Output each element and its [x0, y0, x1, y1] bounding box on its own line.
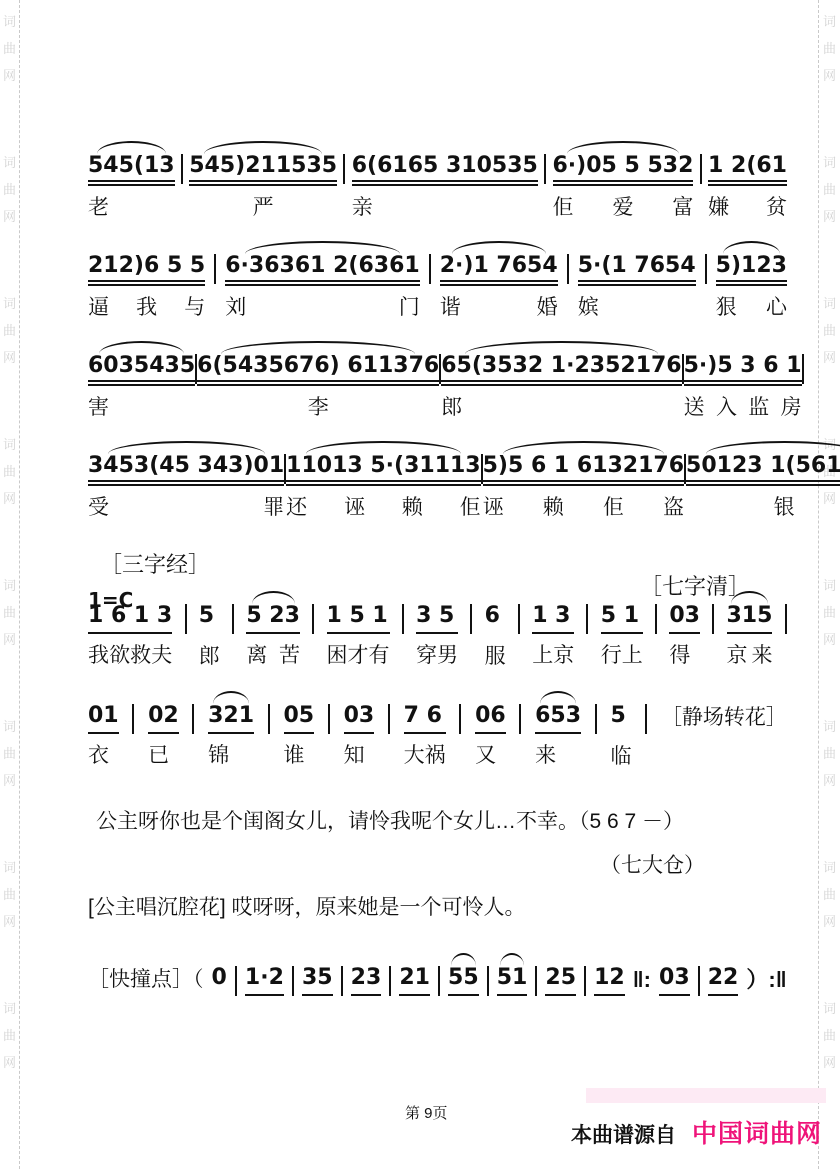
measure: 55: [448, 965, 479, 996]
watermark-char: 词: [819, 149, 840, 176]
watermark-text: 词曲网: [819, 8, 840, 89]
watermark-char: 网: [819, 62, 840, 89]
score-line-2: 212)6 5 5逼我与6·36361 2(6361刘门2·)1 7654谐婚5…: [88, 238, 787, 321]
watermark-char: 曲: [0, 740, 19, 767]
measure-notes: 3453(45 343)01: [88, 453, 284, 486]
barline: [712, 604, 714, 634]
lyric-char: 害: [88, 395, 109, 421]
lyric-char: 房: [781, 395, 802, 421]
measure-notes: 5·)5 3 6 1: [684, 353, 802, 386]
lead-label-kuaizhuangdian: ［快撞点］（: [88, 965, 204, 995]
measure: 03知: [344, 703, 375, 769]
measure: 03得: [669, 603, 700, 669]
measure-lyric: 京来: [727, 643, 773, 669]
measure-notes: 05: [284, 703, 315, 734]
barline: [438, 966, 440, 996]
barline: [595, 704, 597, 734]
measure: 05谁: [284, 703, 315, 769]
measure: 545)211535严: [189, 153, 337, 221]
measure-notes: 12: [594, 965, 625, 996]
watermark-char: 网: [819, 344, 840, 371]
measure-notes: 0: [212, 965, 227, 997]
measure-notes: 321: [208, 703, 254, 734]
measure-lyric: 郎: [199, 644, 220, 670]
lyric-char: 严: [253, 195, 274, 221]
measure-lyric: 郎: [441, 395, 681, 421]
watermark-text: 词曲网: [819, 149, 840, 230]
source-attribution: 本曲谱源自 中国词曲网: [571, 1114, 822, 1150]
measure-notes: 5: [199, 603, 220, 635]
measure-notes: 2·)1 7654: [440, 253, 558, 286]
page-number: 第 9页: [405, 1102, 448, 1123]
measure: 1·2: [245, 965, 284, 996]
measure-lyric: 大祸: [404, 743, 446, 769]
measure: 3453(45 343)01受罪: [88, 453, 284, 521]
repeat-barline: ‖:: [633, 965, 651, 995]
lyric-char: 亲: [352, 195, 373, 221]
score-line-7: ［快撞点］（01·235232155512512‖:0322）:‖: [88, 950, 787, 997]
lyric-char: 上: [532, 643, 553, 669]
measure: 06又: [475, 703, 506, 769]
measure: 03: [659, 965, 690, 996]
source-site: 中国词曲网: [692, 1114, 822, 1150]
watermark-char: 曲: [0, 881, 19, 908]
watermark-text: 词曲网: [819, 995, 840, 1076]
lyric-char: 已: [148, 743, 169, 769]
lyric-char: 狠: [716, 295, 737, 321]
measure-notes: 1 6 1 3: [88, 603, 172, 634]
measure-lyric: 还诬赖佢: [286, 495, 480, 521]
barline: [132, 704, 134, 734]
lyric-char: 爱: [612, 195, 633, 221]
barline: [655, 604, 657, 634]
measure-lyric: 李: [197, 395, 439, 421]
lyric-char: 临: [611, 744, 632, 770]
measure-lyric: 临: [611, 744, 632, 770]
measure: 5)123狠心: [716, 253, 787, 321]
lyric-char: 嫔: [578, 295, 599, 321]
watermark-char: 曲: [819, 599, 840, 626]
lyric-char: 知: [344, 743, 365, 769]
dialogue-line-2: [公主唱沉腔花] 哎呀呀，原来她是一个可怜人。: [88, 894, 787, 922]
lyric-char: 赖: [402, 495, 423, 521]
watermark-text: 词曲网: [0, 149, 19, 230]
measure: 22: [708, 965, 739, 996]
measure: 6(5435676) 611376李: [197, 353, 439, 421]
measure: 11013 5·(31113还诬赖佢: [286, 453, 480, 521]
watermark-char: 词: [0, 149, 19, 176]
measures-row: 212)6 5 5逼我与6·36361 2(6361刘门2·)1 7654谐婚5…: [88, 238, 787, 321]
lyric-char: 大: [404, 743, 425, 769]
measure: 1 6 1 3我欲救夫: [88, 603, 172, 669]
measure: 1 3上京: [532, 603, 574, 669]
measure-notes: 5)123: [716, 253, 787, 286]
measure: 02已: [148, 703, 179, 769]
lyric-char: 困: [327, 643, 348, 669]
measure: 321锦: [208, 703, 254, 769]
watermark-char: 词: [819, 8, 840, 35]
watermark-char: 词: [0, 995, 19, 1022]
measure-lyric: 谐婚: [440, 295, 558, 321]
watermark-text: 词曲网: [819, 572, 840, 653]
measure: 65(3532 1·2352176郎: [441, 353, 681, 421]
measure-notes: 06: [475, 703, 506, 734]
barline: [470, 604, 472, 634]
watermark-char: 网: [819, 203, 840, 230]
measure-lyric: 困才有: [327, 643, 390, 669]
barline: [292, 966, 294, 996]
watermark-char: 网: [0, 203, 19, 230]
measure-lyric: 受罪: [88, 495, 284, 521]
score-line-3: 6035435害6(5435676) 611376李65(3532 1·2352…: [88, 338, 787, 421]
barline: [388, 704, 390, 734]
barline: [214, 254, 216, 284]
measures-row: 1 6 1 3我欲救夫5郎5 23离苦1 5 1困才有3 5穿男6服1 3上京5…: [88, 588, 787, 670]
lyric-char: 监: [748, 395, 769, 421]
watermark-char: 网: [0, 62, 19, 89]
tail-repeat: ）:‖: [746, 965, 786, 995]
watermark-char: 词: [819, 572, 840, 599]
lyric-char: 谐: [440, 295, 461, 321]
watermark-char: 网: [819, 908, 840, 935]
lyric-char: 入: [716, 395, 737, 421]
lyric-char: 门: [399, 295, 420, 321]
measure-lyric: 上京: [532, 643, 574, 669]
measure-lyric: 已: [148, 743, 179, 769]
barline: [235, 966, 237, 996]
measures-row: 6035435害6(5435676) 611376李65(3532 1·2352…: [88, 338, 787, 421]
measure-lyric: 刘门: [225, 295, 419, 321]
lyric-char: 嫌: [708, 195, 729, 221]
measure: 01衣: [88, 703, 119, 769]
watermark-char: 网: [819, 767, 840, 794]
footer-pink-watermark: [586, 1088, 826, 1103]
measure-notes: 02: [148, 703, 179, 734]
measure: 12: [594, 965, 625, 996]
watermark-char: 词: [819, 713, 840, 740]
measure-notes: 50123 1(56123): [686, 453, 840, 486]
score-line-4: 3453(45 343)01受罪11013 5·(31113还诬赖佢5)5 6 …: [88, 438, 787, 521]
score-page: { "page": { "watermark_text": "词曲网", "wa…: [0, 0, 840, 1169]
inline-label-jingchangzhuanhua: ［静场转花］: [661, 703, 787, 733]
measure: 5·(1 7654嫔: [578, 253, 696, 321]
barline: [312, 604, 314, 634]
lyric-char: 富: [672, 195, 693, 221]
watermark-text: 词曲网: [0, 572, 19, 653]
lyric-char: 男: [437, 643, 458, 669]
score-line-1: 545(13老545)211535严6(6165 310535亲6·)05 5 …: [88, 138, 787, 221]
measure-lyric: 诬赖佢盗: [483, 495, 684, 521]
measure-notes: 25: [545, 965, 576, 996]
lyric-char: 服: [485, 644, 506, 670]
measure-notes: 5)5 6 1 6132176: [483, 453, 684, 486]
measure-notes: 51: [497, 965, 528, 996]
barline: [341, 966, 343, 996]
measure-lyric: 知: [344, 743, 375, 769]
measure-lyric: 狠心: [716, 295, 787, 321]
measure-notes: 55: [448, 965, 479, 996]
measure-lyric: 嫔: [578, 295, 696, 321]
measure-notes: 1 2(61: [708, 153, 787, 186]
measure: 6·)05 5 532佢爱富: [553, 153, 694, 221]
measure-notes: 6035435: [88, 353, 195, 386]
measure-notes: 5·(1 7654: [578, 253, 696, 286]
lyric-char: 救: [130, 643, 151, 669]
watermark-text: 词曲网: [0, 431, 19, 512]
lyric-char: 罪: [263, 495, 284, 521]
barline: [429, 254, 431, 284]
measure-notes: 315: [727, 603, 773, 634]
watermark-char: 网: [0, 767, 19, 794]
lyric-char: 佢: [603, 495, 624, 521]
watermark-column-left: 词曲网词曲网词曲网词曲网词曲网词曲网词曲网词曲网: [0, 0, 20, 1169]
measure: 5 1行上: [601, 603, 643, 669]
watermark-char: 网: [0, 344, 19, 371]
barline: [802, 354, 804, 384]
watermark-char: 曲: [0, 458, 19, 485]
lyric-char: 逼: [88, 295, 109, 321]
measure-notes: 6·)05 5 532: [553, 153, 694, 186]
watermark-char: 词: [819, 995, 840, 1022]
watermark-char: 曲: [819, 740, 840, 767]
measure-notes: 03: [344, 703, 375, 734]
measure: 23: [351, 965, 382, 996]
measure-notes: 5 23: [246, 603, 300, 634]
watermark-text: 词曲网: [0, 713, 19, 794]
lyric-char: 行: [601, 643, 622, 669]
measure-lyric: 又: [475, 743, 506, 769]
measure-notes: 212)6 5 5: [88, 253, 205, 286]
measure: 51: [497, 965, 528, 996]
measure: 5郎: [199, 603, 220, 670]
lyric-char: 老: [88, 195, 109, 221]
watermark-char: 曲: [819, 881, 840, 908]
barline: [343, 154, 345, 184]
measure-lyric: 我欲救夫: [88, 643, 172, 669]
measure: 1 2(61嫌贫: [708, 153, 787, 221]
measure-notes: 21: [399, 965, 430, 996]
watermark-char: 曲: [0, 599, 19, 626]
watermark-char: 网: [0, 626, 19, 653]
measures-row: 545(13老545)211535严6(6165 310535亲6·)05 5 …: [88, 138, 787, 221]
barline: [567, 254, 569, 284]
lyric-char: 衣: [88, 743, 109, 769]
measure-lyric: 亲: [352, 195, 538, 221]
measure: 5)5 6 1 6132176诬赖佢盗: [483, 453, 684, 521]
lyric-char: 我: [88, 643, 109, 669]
lyric-char: 郎: [199, 644, 220, 670]
lyric-char: 与: [184, 295, 205, 321]
measure-notes: 1·2: [245, 965, 284, 996]
barline: [459, 704, 461, 734]
lyric-char: 穿: [416, 643, 437, 669]
measure: 545(13老: [88, 153, 175, 221]
measure-lyric: 害: [88, 395, 195, 421]
measure-notes: 1 3: [532, 603, 574, 634]
percussion-annotation: （七大仓）: [88, 852, 787, 880]
measure: 7 6大祸: [404, 703, 446, 769]
watermark-char: 词: [819, 854, 840, 881]
score-line-6: 01衣02已321锦05谁03知7 6大祸06又653来5临［静场转花］: [88, 688, 787, 770]
measure-lyric: 锦: [208, 743, 254, 769]
measure-notes: 6·36361 2(6361: [225, 253, 419, 286]
barline: [535, 966, 537, 996]
measure-lyric: 逼我与: [88, 295, 205, 321]
barline: [584, 966, 586, 996]
measure-lyric: 服: [485, 644, 506, 670]
measure: 315京来: [727, 603, 773, 669]
measure-lyric: 离苦: [246, 643, 300, 669]
measure-lyric: 老: [88, 195, 175, 221]
lyric-char: 离: [246, 643, 267, 669]
watermark-char: 曲: [819, 1022, 840, 1049]
lyric-char: 婚: [537, 295, 558, 321]
lyric-char: 心: [766, 295, 787, 321]
measure: 50123 1(56123)银: [686, 453, 840, 521]
lyric-char: 来: [751, 643, 772, 669]
lyric-char: 送: [684, 395, 705, 421]
measure-notes: 653: [535, 703, 581, 734]
lyric-char: 佢: [553, 195, 574, 221]
barline: [519, 704, 521, 734]
measure-lyric: 严: [189, 195, 337, 221]
lyric-char: 还: [286, 495, 307, 521]
section-label-sanzijing: ［三字经］: [100, 548, 210, 579]
measures-row: ［快撞点］（01·235232155512512‖:0322）:‖: [88, 950, 787, 997]
lyric-char: 谁: [284, 743, 305, 769]
measure: 0: [212, 965, 227, 997]
lyric-char: 祸: [425, 743, 446, 769]
lyric-char: 又: [475, 743, 496, 769]
measure-notes: 6(6165 310535: [352, 153, 538, 186]
barline: [181, 154, 183, 184]
measure-lyric: 嫌贫: [708, 195, 787, 221]
watermark-char: 词: [0, 713, 19, 740]
barline: [586, 604, 588, 634]
measure-notes: 65(3532 1·2352176: [441, 353, 681, 386]
measure-lyric: 银: [686, 495, 840, 521]
measure-lyric: 穿男: [416, 643, 458, 669]
lyric-char: 上: [622, 643, 643, 669]
score-line-5: 1 6 1 3我欲救夫5郎5 23离苦1 5 1困才有3 5穿男6服1 3上京5…: [88, 588, 787, 670]
watermark-char: 词: [0, 572, 19, 599]
measure-notes: 5: [611, 703, 632, 735]
measure-lyric: 得: [669, 643, 700, 669]
barline: [698, 966, 700, 996]
lyric-char: 诬: [344, 495, 365, 521]
measure: 21: [399, 965, 430, 996]
lyric-char: 佢: [460, 495, 481, 521]
watermark-text: 词曲网: [0, 290, 19, 371]
watermark-char: 词: [819, 290, 840, 317]
measure-lyric: 谁: [284, 743, 315, 769]
measure-notes: 11013 5·(31113: [286, 453, 480, 486]
watermark-text: 词曲网: [0, 995, 19, 1076]
barline: [785, 604, 787, 634]
lyric-char: 贫: [766, 195, 787, 221]
lyric-char: 京: [553, 643, 574, 669]
watermark-char: 网: [0, 485, 19, 512]
barline: [328, 704, 330, 734]
measure: 1 5 1困才有: [327, 603, 390, 669]
lyric-char: 刘: [225, 295, 246, 321]
barline: [544, 154, 546, 184]
lyric-char: 锦: [208, 743, 229, 769]
measure: 6035435害: [88, 353, 195, 421]
lyric-char: 诬: [483, 495, 504, 521]
lyric-char: 才: [348, 643, 369, 669]
measure-lyric: 衣: [88, 743, 119, 769]
watermark-char: 网: [0, 1049, 19, 1076]
lyric-char: 银: [774, 495, 795, 521]
barline: [232, 604, 234, 634]
barline: [645, 704, 647, 734]
measure-notes: 6(5435676) 611376: [197, 353, 439, 386]
measure-lyric: 行上: [601, 643, 643, 669]
measure: 5 23离苦: [246, 603, 300, 669]
watermark-text: 词曲网: [0, 854, 19, 935]
barline: [705, 254, 707, 284]
measure-notes: 6: [485, 603, 506, 635]
watermark-char: 曲: [0, 1022, 19, 1049]
measure-notes: 03: [659, 965, 690, 996]
measure: 2·)1 7654谐婚: [440, 253, 558, 321]
measure: 3 5穿男: [416, 603, 458, 669]
lyric-char: 李: [308, 395, 329, 421]
barline: [389, 966, 391, 996]
barline: [518, 604, 520, 634]
measure-lyric: 送入监房: [684, 395, 802, 421]
measure: 653来: [535, 703, 581, 769]
watermark-char: 曲: [0, 317, 19, 344]
lyric-char: 夫: [151, 643, 172, 669]
watermark-text: 词曲网: [819, 713, 840, 794]
watermark-char: 词: [0, 290, 19, 317]
measure-notes: 3 5: [416, 603, 458, 634]
watermark-char: 词: [0, 8, 19, 35]
measure-notes: 03: [669, 603, 700, 634]
barline: [268, 704, 270, 734]
lyric-char: 我: [136, 295, 157, 321]
measure-notes: 22: [708, 965, 739, 996]
barline: [700, 154, 702, 184]
lyric-char: 有: [369, 643, 390, 669]
watermark-char: 曲: [0, 35, 19, 62]
lyric-char: 苦: [279, 643, 300, 669]
measure-notes: 7 6: [404, 703, 446, 734]
lyric-char: 来: [535, 743, 556, 769]
measure-notes: 545(13: [88, 153, 175, 186]
watermark-column-right: 词曲网词曲网词曲网词曲网词曲网词曲网词曲网词曲网: [818, 0, 840, 1169]
lyric-char: 赖: [543, 495, 564, 521]
measures-row: 01衣02已321锦05谁03知7 6大祸06又653来5临［静场转花］: [88, 688, 787, 770]
watermark-char: 网: [819, 1049, 840, 1076]
measure-notes: 35: [302, 965, 333, 996]
watermark-char: 曲: [819, 176, 840, 203]
watermark-char: 词: [0, 854, 19, 881]
lyric-char: 得: [669, 643, 690, 669]
lyric-char: 欲: [109, 643, 130, 669]
measure-lyric: 来: [535, 743, 581, 769]
measure: 25: [545, 965, 576, 996]
measure-notes: 01: [88, 703, 119, 734]
lyric-char: 京: [727, 643, 748, 669]
measure: 5·)5 3 6 1送入监房: [684, 353, 802, 421]
watermark-text: 词曲网: [819, 854, 840, 935]
lyric-char: 郎: [441, 395, 462, 421]
measure: 35: [302, 965, 333, 996]
watermark-char: 词: [0, 431, 19, 458]
